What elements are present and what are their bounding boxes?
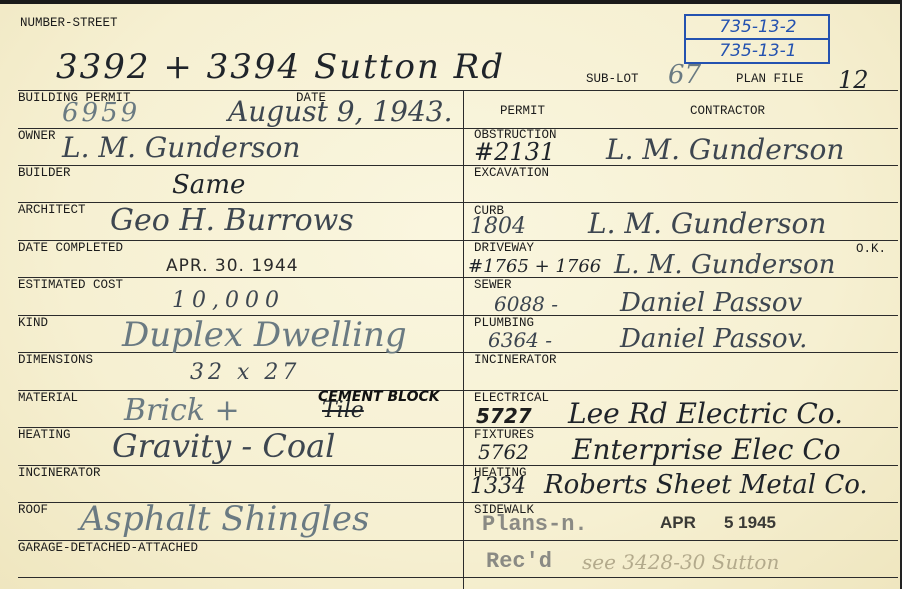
- builder-label: BUILDER: [18, 166, 71, 180]
- reference-box-divider: [686, 38, 828, 40]
- owner-label: OWNER: [18, 129, 56, 143]
- card-top-edge: [0, 0, 902, 4]
- number-street-value: 3392 + 3394 Sutton Rd: [56, 50, 505, 84]
- date-completed-value: APR. 30. 1944: [166, 258, 299, 275]
- number-street-label: NUMBER-STREET: [20, 16, 118, 30]
- column-divider: [463, 90, 464, 589]
- electrical-contractor: Lee Rd Electric Co.: [568, 400, 843, 428]
- reference-number: 735-13-2: [686, 19, 830, 36]
- plumbing-permit: 6364 -: [488, 330, 552, 350]
- rule: [18, 577, 898, 578]
- fixtures-contractor: Enterprise Elec Co: [572, 436, 841, 464]
- fixtures-permit: 5762: [478, 442, 529, 462]
- sub-lot-label: SUB-LOT: [586, 72, 639, 86]
- driveway-permit: #1765 + 1766: [468, 258, 601, 276]
- sewer-label: SEWER: [474, 278, 512, 292]
- incinerator-permit-label: INCINERATOR: [474, 353, 557, 367]
- date-stamp-day-year: 5 1945: [724, 514, 776, 531]
- estimated-cost-label: ESTIMATED COST: [18, 278, 123, 292]
- builder-value: Same: [172, 172, 245, 198]
- received-stamp: Rec'd: [486, 551, 552, 573]
- excavation-label: EXCAVATION: [474, 166, 549, 180]
- driveway-ok-note: O.K.: [856, 242, 886, 256]
- obstruction-permit: #2131: [474, 140, 555, 164]
- dimensions-value: 32 x 27: [190, 362, 300, 384]
- date-completed-label: DATE COMPLETED: [18, 241, 123, 255]
- sub-lot-value: 67: [668, 62, 701, 88]
- rule: [18, 128, 898, 129]
- kind-label: KIND: [18, 316, 48, 330]
- incinerator-label: INCINERATOR: [18, 466, 101, 480]
- sewer-permit: 6088 -: [494, 294, 558, 314]
- owner-value: L. M. Gunderson: [62, 134, 300, 162]
- rule: [18, 390, 898, 391]
- building-permit-value: 6959: [62, 100, 140, 126]
- material-added-value: CEMENT BLOCK: [318, 390, 440, 404]
- rule: [18, 90, 898, 91]
- estimated-cost-value: 10,000: [172, 290, 285, 312]
- plumbing-contractor: Daniel Passov.: [620, 326, 807, 352]
- architect-value: Geo H. Burrows: [110, 206, 354, 236]
- curb-contractor: L. M. Gunderson: [588, 210, 826, 238]
- plans-stamp: Plans-n.: [482, 514, 588, 536]
- roof-label: ROOF: [18, 503, 48, 517]
- driveway-label: DRIVEWAY: [474, 241, 534, 255]
- date-stamp-month: APR: [660, 514, 696, 531]
- architect-label: ARCHITECT: [18, 203, 86, 217]
- kind-value: Duplex Dwelling: [122, 318, 407, 352]
- electrical-label: ELECTRICAL: [474, 391, 549, 405]
- garage-label: GARAGE-DETACHED-ATTACHED: [18, 541, 198, 555]
- reference-number-box: 735-13-2 735-13-1: [684, 14, 830, 64]
- sewer-contractor: Daniel Passov: [620, 290, 802, 316]
- electrical-permit: 5727: [476, 406, 532, 426]
- dimensions-label: DIMENSIONS: [18, 353, 93, 367]
- material-label: MATERIAL: [18, 391, 78, 405]
- contractor-column-header: CONTRACTOR: [690, 104, 765, 118]
- heating-label: HEATING: [18, 428, 71, 442]
- heating-value: Gravity - Coal: [112, 430, 335, 462]
- heating-contractor: Roberts Sheet Metal Co.: [544, 472, 868, 498]
- pencil-note: see 3428-30 Sutton: [582, 552, 779, 572]
- material-value: Brick +: [124, 396, 240, 426]
- permit-date-value: August 9, 1943.: [228, 98, 453, 126]
- permit-card: 735-13-2 735-13-1 NUMBER-STREET 3392 + 3…: [0, 0, 902, 589]
- rule: [18, 240, 898, 241]
- obstruction-contractor: L. M. Gunderson: [606, 136, 844, 164]
- permit-column-header: PERMIT: [500, 104, 545, 118]
- curb-permit: 1804: [470, 216, 526, 238]
- plan-file-value: 12: [838, 68, 869, 92]
- plan-file-label: PLAN FILE: [736, 72, 804, 86]
- roof-value: Asphalt Shingles: [80, 502, 369, 536]
- heating-permit: 1334: [470, 476, 526, 498]
- driveway-contractor: L. M. Gunderson: [614, 252, 835, 278]
- reference-number: 735-13-1: [686, 43, 830, 60]
